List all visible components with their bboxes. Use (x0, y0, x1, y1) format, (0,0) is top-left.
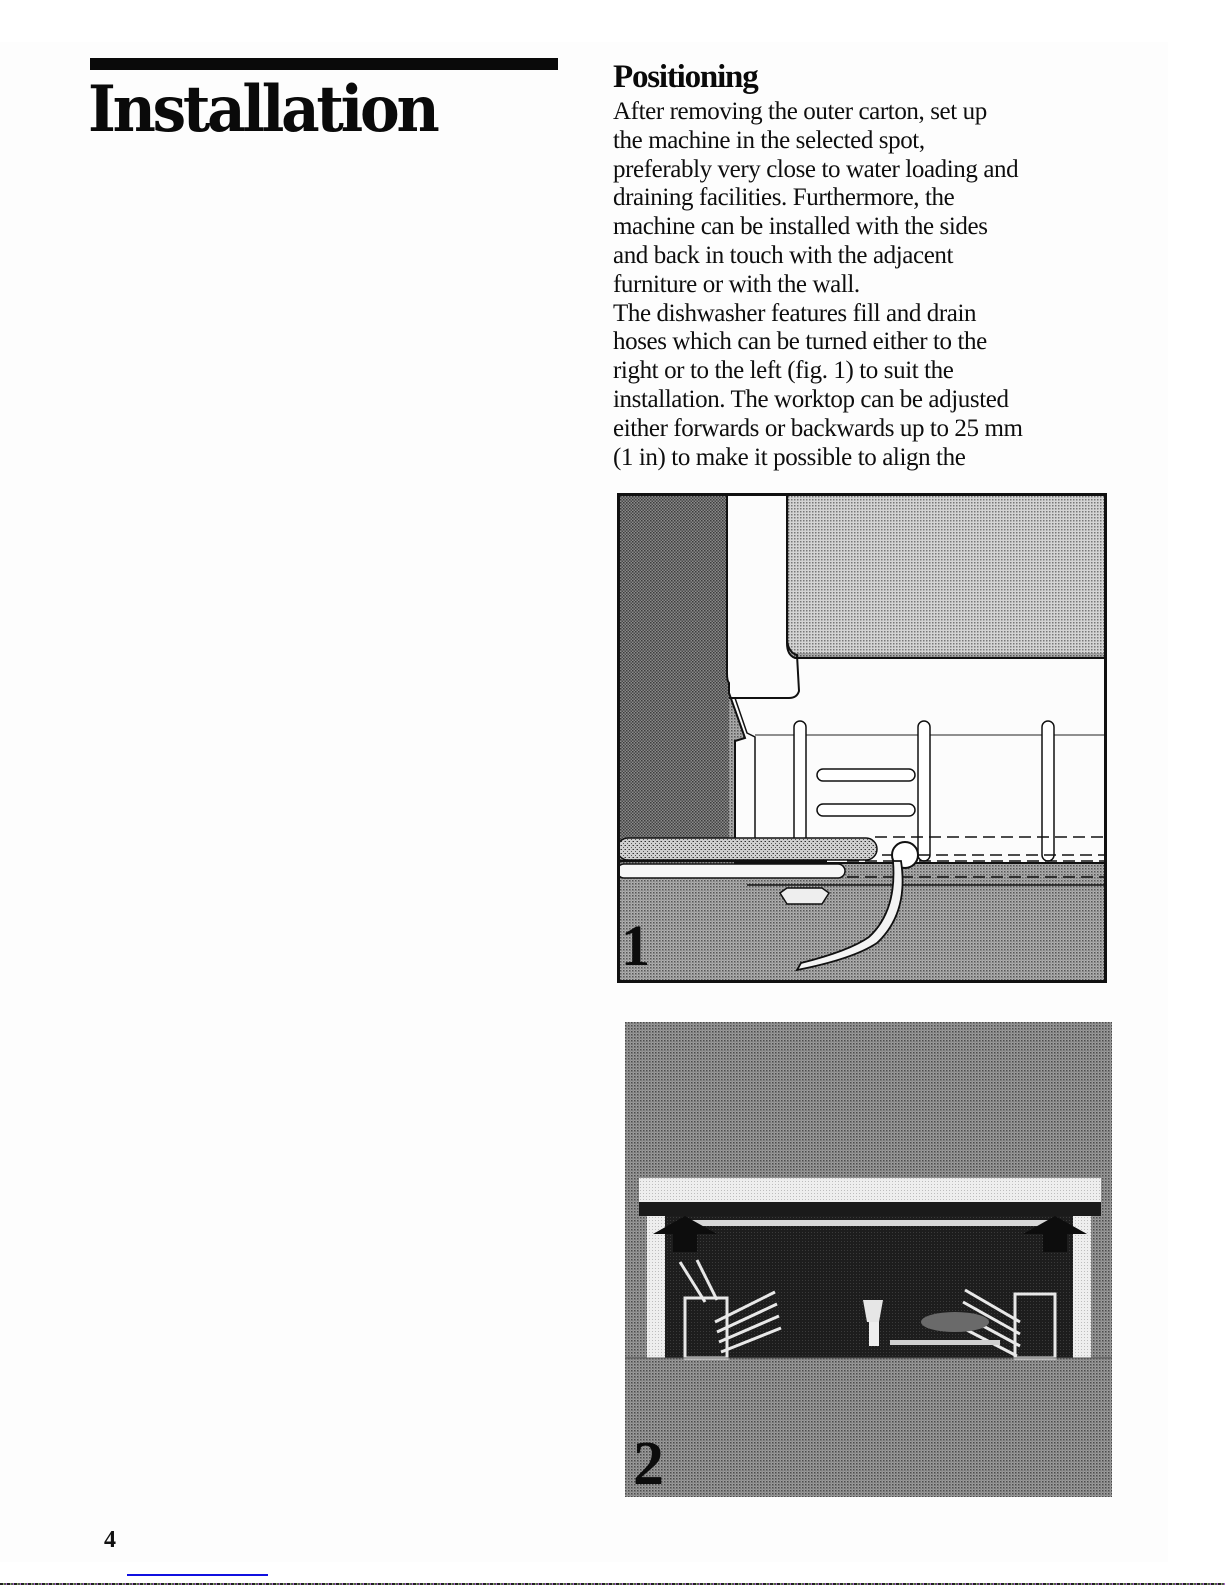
dishwasher-front-photo (625, 1022, 1112, 1497)
body-text: After removing the outer carton, set up … (613, 98, 1113, 472)
text-line: preferably very close to water loading a… (613, 156, 1113, 185)
page-title: Installation (88, 70, 436, 150)
title-rule (90, 58, 558, 70)
text-line: either forwards or backwards up to 25 mm (613, 415, 1113, 444)
text-line: The dishwasher features fill and drain (613, 300, 1113, 329)
hose-routing-illustration (617, 493, 1107, 983)
figure-number: 1 (621, 917, 650, 975)
text-line: (1 in) to make it possible to align the (613, 444, 1113, 473)
section-heading: Positioning (613, 55, 758, 99)
page-number: 4 (104, 1527, 116, 1554)
text-line: and back in touch with the adjacent (613, 242, 1113, 271)
figure-number: 2 (633, 1433, 664, 1495)
text-line: furniture or with the wall. (613, 271, 1113, 300)
text-line: After removing the outer carton, set up (613, 98, 1113, 127)
hyperlink-underline[interactable] (127, 1574, 268, 1576)
text-line: machine can be installed with the sides (613, 213, 1113, 242)
text-line: hoses which can be turned either to the (613, 328, 1113, 357)
text-line: right or to the left (fig. 1) to suit th… (613, 357, 1113, 386)
text-line: installation. The worktop can be adjuste… (613, 386, 1113, 415)
text-line: the machine in the selected spot, (613, 127, 1113, 156)
figure-2-worktop-photo: 2 (625, 1022, 1112, 1497)
figure-1-hose-routing: 1 (617, 493, 1107, 983)
text-line: draining facilities. Furthermore, the (613, 184, 1113, 213)
